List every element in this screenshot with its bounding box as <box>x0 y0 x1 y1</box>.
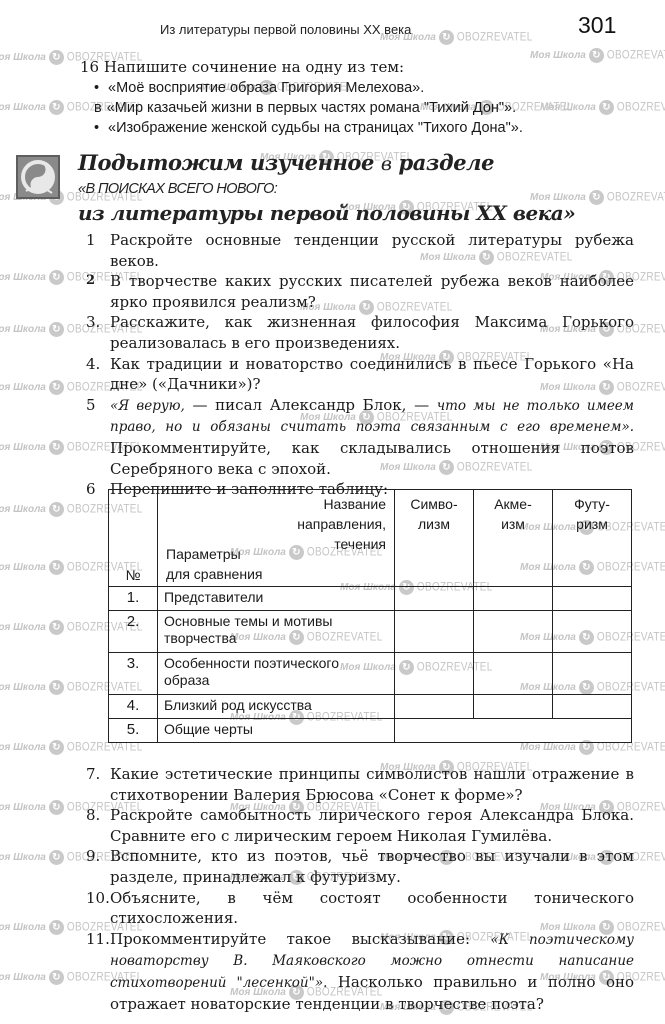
topic-text: «Моё восприятие образа Григория Мелехова… <box>108 80 424 96</box>
label-line: течения <box>297 534 386 554</box>
review-questions-bottom: 7.Какие эстетические принципы символисто… <box>86 764 634 1014</box>
question-number: 9. <box>86 846 100 867</box>
quote-text: «Я верую, <box>110 398 185 414</box>
row-number: 3. <box>109 653 158 695</box>
question-text: Прокомментируйте, как складывались отнош… <box>110 439 634 478</box>
essay-topic: • «Изображение женской судьбы на страниц… <box>80 118 523 138</box>
question-item: 9.Вспомните, кто из поэтов, чьё творчест… <box>86 846 634 887</box>
question-number: 16 <box>80 58 99 76</box>
label-line: ризм <box>559 514 625 534</box>
header-no: № <box>109 490 158 587</box>
textbook-page: Из литературы первой половины ХХ века 30… <box>0 0 665 1024</box>
empty-answer-cell[interactable] <box>395 611 474 653</box>
section-title-end: разделе <box>399 150 495 175</box>
empty-merged-cell[interactable] <box>395 719 632 743</box>
empty-answer-cell[interactable] <box>474 653 553 695</box>
question-text: — писал Александр Блок, — <box>185 396 437 414</box>
table-row: 5.Общие черты <box>109 719 632 743</box>
empty-answer-cell[interactable] <box>553 587 632 611</box>
bullet-icon: • <box>94 78 99 98</box>
topic-marker: в <box>94 100 102 116</box>
question-number: 1 <box>86 230 96 251</box>
question-item: 7.Какие эстетические принципы символисто… <box>86 764 634 805</box>
row-number: 5. <box>109 719 158 743</box>
empty-answer-cell[interactable] <box>395 653 474 695</box>
empty-answer-cell[interactable] <box>553 695 632 719</box>
question-item: 3.Расскажите, как жизненная философия Ма… <box>86 312 634 353</box>
question-16-prompt: 16 Напишите сочинение на одну из тем: <box>80 57 523 78</box>
question-text: Раскройте основные тенденции русской лит… <box>110 231 634 270</box>
question-text: Объясните, в чём состоят особенности тон… <box>110 889 634 928</box>
section-title: Подытожим изученное в разделе <box>78 150 494 175</box>
header-params-label: Параметры для сравнения <box>166 544 262 584</box>
label-line: Название <box>297 494 386 514</box>
question-16: 16 Напишите сочинение на одну из тем: • … <box>80 57 523 138</box>
question-text: Как традиции и новаторство соединились в… <box>110 355 634 394</box>
page-number: 301 <box>578 12 616 39</box>
question-number: 10. <box>86 888 110 909</box>
row-parameter: Представители <box>158 587 395 611</box>
row-number: 1. <box>109 587 158 611</box>
row-number: 2. <box>109 611 158 653</box>
question-number: 6 <box>86 479 96 500</box>
section-subtitle-line1: «В ПОИСКАХ ВСЕГО НОВОГО: <box>78 181 277 197</box>
section-title-preposition: в <box>381 153 392 175</box>
label-line: Параметры <box>166 544 262 564</box>
bullet-icon: • <box>94 118 99 138</box>
question-item: 8.Раскройте самобытность лирического гер… <box>86 805 634 846</box>
question-text: Прокомментируйте такое высказывание: <box>110 930 490 948</box>
section-subtitle-line2: из литературы первой половины XX века» <box>78 201 575 225</box>
empty-answer-cell[interactable] <box>474 611 553 653</box>
comparison-table: № Название направления, течения Параметр… <box>108 489 632 743</box>
topic-text: «Изображение женской судьбы на страницах… <box>108 120 523 136</box>
row-number: 4. <box>109 695 158 719</box>
empty-answer-cell[interactable] <box>474 587 553 611</box>
summary-section-icon <box>16 155 60 199</box>
question-number: 11. <box>86 929 110 950</box>
label-line: направления, <box>297 514 386 534</box>
question-item: 1Раскройте основные тенденции русской ли… <box>86 230 634 271</box>
empty-answer-cell[interactable] <box>474 695 553 719</box>
header-diagonal-cell: Название направления, течения Параметры … <box>158 490 395 587</box>
table-row: 4.Близкий род искусства <box>109 695 632 719</box>
table-row: 1.Представители <box>109 587 632 611</box>
table-row: 2.Основные темы и мотивы творчества <box>109 611 632 653</box>
question-number: 5 <box>86 395 96 416</box>
label-line: Симво- <box>401 494 467 514</box>
label-line: Футу- <box>559 494 625 514</box>
table-row: 3.Особенности поэтического образа <box>109 653 632 695</box>
question-text: Вспомните, кто из поэтов, чьё творчество… <box>110 847 634 886</box>
header-symbolism: Симво- лизм <box>395 490 474 587</box>
empty-answer-cell[interactable] <box>395 587 474 611</box>
label-line: Акме- <box>480 494 546 514</box>
essay-topic: в«Мир казачьей жизни в первых частях ром… <box>80 98 523 118</box>
question-text: Напишите сочинение на одну из тем: <box>104 58 404 76</box>
table-header-row: № Название направления, течения Параметр… <box>109 490 632 587</box>
header-futurism: Футу- ризм <box>553 490 632 587</box>
section-title-main: Подытожим изученное <box>78 150 374 175</box>
question-text: В творчестве каких русских писателей руб… <box>110 272 634 311</box>
header-directions-label: Название направления, течения <box>297 494 386 554</box>
row-parameter: Основные темы и мотивы творчества <box>158 611 395 653</box>
label-line: для сравнения <box>166 564 262 584</box>
review-questions-top: 1Раскройте основные тенденции русской ли… <box>86 230 634 500</box>
question-item: 11.Прокомментируйте такое высказывание: … <box>86 929 634 1014</box>
question-text: Какие эстетические принципы символистов … <box>110 765 634 804</box>
label-line: лизм <box>401 514 467 534</box>
empty-answer-cell[interactable] <box>553 611 632 653</box>
empty-answer-cell[interactable] <box>395 695 474 719</box>
question-text: Расскажите, как жизненная философия Макс… <box>110 313 634 352</box>
question-number: 8. <box>86 805 100 826</box>
question-number: 2 <box>86 271 95 292</box>
empty-answer-cell[interactable] <box>553 653 632 695</box>
topic-text: «Мир казачьей жизни в первых частях рома… <box>107 100 516 116</box>
label-line: изм <box>480 514 546 534</box>
question-text: Раскройте самобытность лирического героя… <box>110 806 634 845</box>
question-number: 4. <box>86 354 100 375</box>
essay-topic: • «Моё восприятие образа Григория Мелехо… <box>80 78 523 98</box>
comparison-table-wrap: № Название направления, течения Параметр… <box>108 489 632 743</box>
row-parameter: Близкий род искусства <box>158 695 395 719</box>
question-item: 4.Как традиции и новаторство соединились… <box>86 354 634 395</box>
question-number: 3. <box>86 312 100 333</box>
header-acmeism: Акме- изм <box>474 490 553 587</box>
question-item: 5«Я верую, — писал Александр Блок, — что… <box>86 395 634 479</box>
question-number: 7. <box>86 764 100 785</box>
row-parameter: Общие черты <box>158 719 395 743</box>
question-item: 10.Объясните, в чём состоят особенности … <box>86 888 634 929</box>
running-header-title: Из литературы первой половины ХХ века <box>160 22 411 37</box>
question-item: 2В творчестве каких русских писателей ру… <box>86 271 634 312</box>
row-parameter: Особенности поэтического образа <box>158 653 395 695</box>
